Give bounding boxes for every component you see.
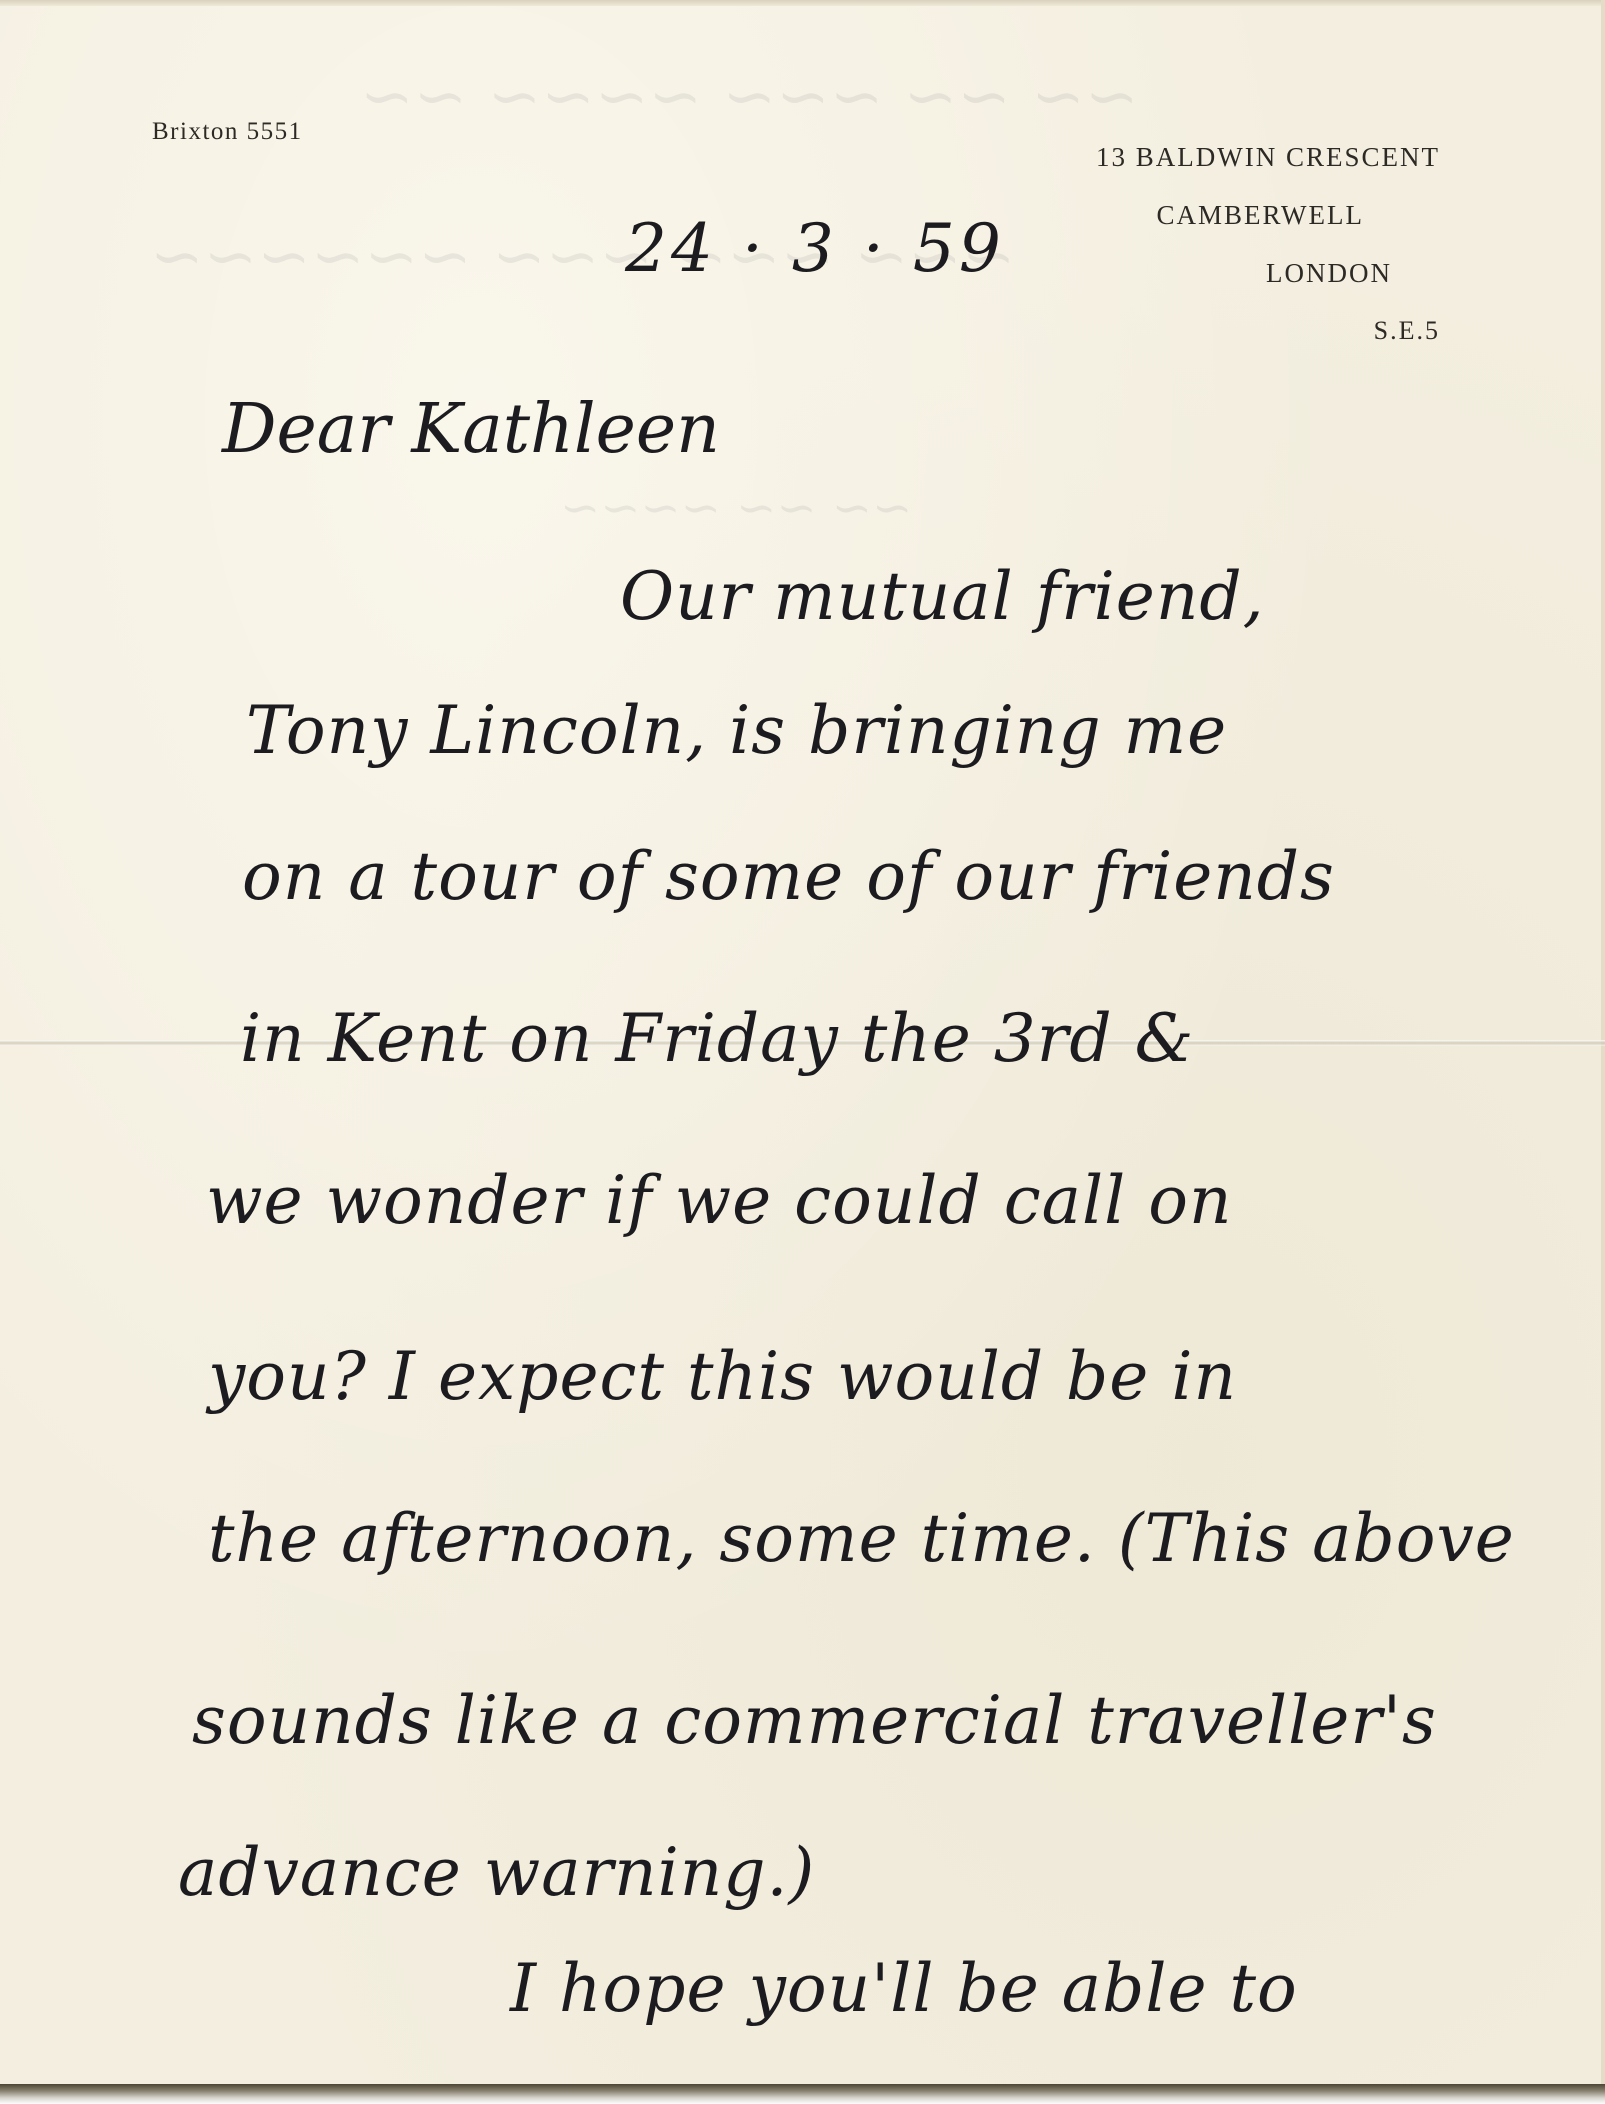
address-postal: S.E.5 <box>1096 302 1440 360</box>
paper-top-edge <box>0 0 1605 6</box>
address-city: LONDON <box>1096 244 1392 302</box>
letter-salutation: Dear Kathleen <box>222 390 720 469</box>
bleed-through-text: ~~ ~~ ~~~ ~~~~ ~~ <box>360 60 1139 134</box>
letter-body-line: the afternoon, some time. (This above <box>208 1500 1515 1577</box>
letter-body-line: we wonder if we could call on <box>206 1162 1232 1239</box>
letter-body-line: on a tour of some of our friends <box>242 838 1335 915</box>
letterhead-address: 13 BALDWIN CRESCENT CAMBERWELL LONDON S.… <box>1096 128 1440 360</box>
address-district: CAMBERWELL <box>1096 186 1364 244</box>
letter-body-line: in Kent on Friday the 3rd & <box>240 1000 1194 1077</box>
bleed-through-text: ~~ ~~ ~~~~ <box>560 480 912 536</box>
address-street: 13 BALDWIN CRESCENT <box>1096 128 1440 186</box>
letter-body-line: Tony Lincoln, is bringing me <box>246 692 1227 769</box>
letter-page: ~~ ~~ ~~~ ~~~~ ~~ ~~~ ~~~ ~~~ ~~~~~~ ~~ … <box>0 0 1605 2088</box>
letter-body-line: advance warning.) <box>178 1834 815 1911</box>
letter-date: 24 · 3 · 59 <box>625 210 1005 287</box>
letter-body-line: Our mutual friend, <box>620 558 1265 635</box>
paper-bottom-shadow <box>0 2084 1605 2104</box>
letter-body-line: sounds like a commercial traveller's <box>192 1682 1437 1759</box>
letterhead-telephone: Brixton 5551 <box>152 118 303 146</box>
letter-body-line: you? I expect this would be in <box>208 1338 1237 1415</box>
letter-body-line: I hope you'll be able to <box>510 1950 1298 2027</box>
